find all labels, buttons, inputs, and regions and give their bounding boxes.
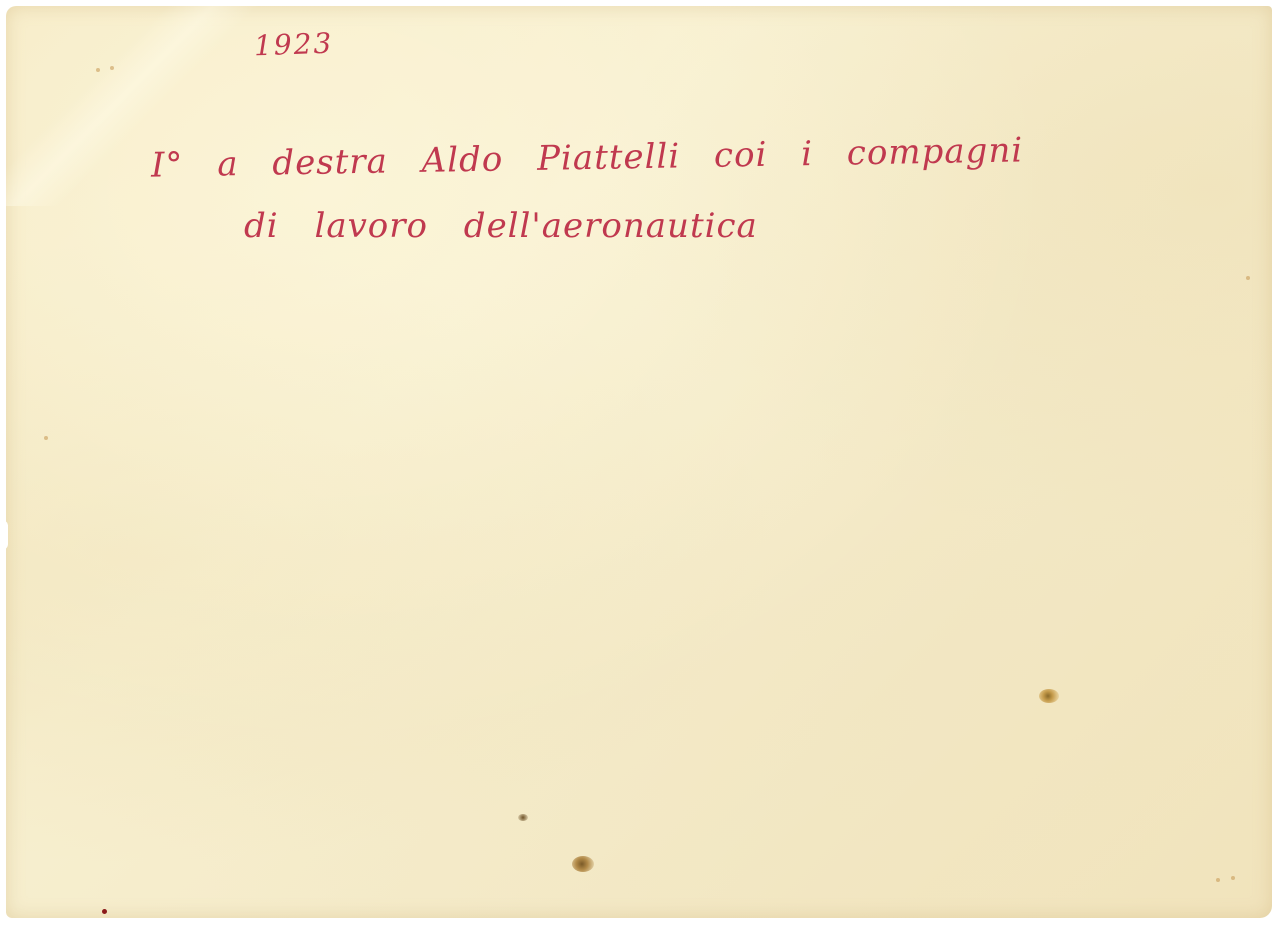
paper-speck xyxy=(44,436,48,440)
inscription-line-1: I° a destra Aldo Piattelli coi i compagn… xyxy=(151,130,1024,185)
paper-mark xyxy=(102,909,107,914)
inscription-year: 1923 xyxy=(253,27,333,63)
paper-stain xyxy=(572,856,594,872)
paper-speck xyxy=(1246,276,1250,280)
inscription-line-2: di lavoro dell'aeronautica xyxy=(244,206,758,246)
paper-speck xyxy=(110,66,114,70)
scanned-photo-back: 1923 I° a destra Aldo Piattelli coi i co… xyxy=(0,0,1280,926)
paper-speck xyxy=(1231,876,1235,880)
paper-speck xyxy=(96,68,100,72)
edge-notch xyxy=(0,520,8,550)
paper-stain xyxy=(1039,689,1059,703)
paper-speck xyxy=(1216,878,1220,882)
photo-card: 1923 I° a destra Aldo Piattelli coi i co… xyxy=(6,6,1272,918)
paper-stain xyxy=(518,814,528,821)
